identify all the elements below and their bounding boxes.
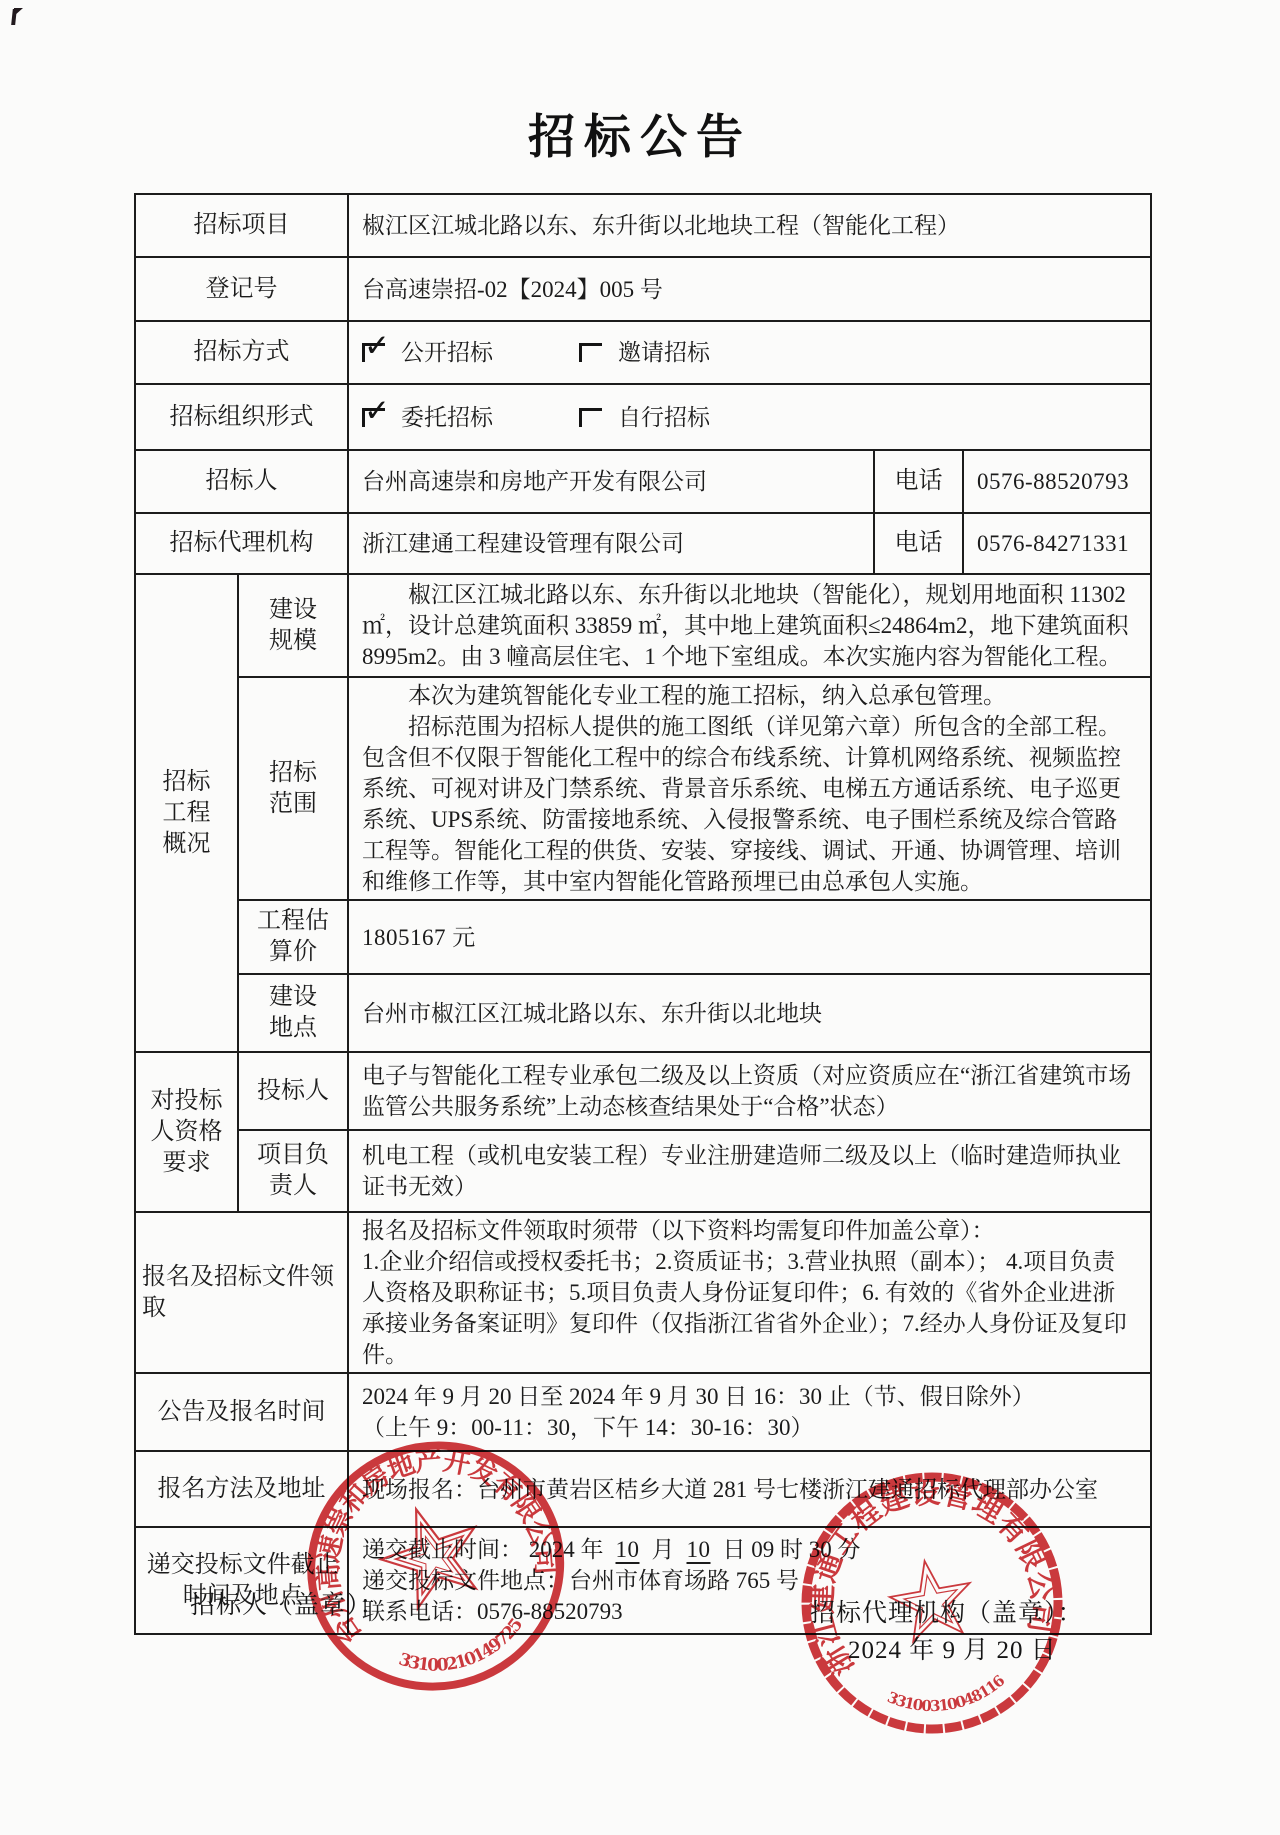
scope-value: 本次为建筑智能化专业工程的施工招标，纳入总承包管理。 招标范围为招标人提供的施工… [348,677,1151,900]
signature-date: 2024 年 9 月 20 日 [848,1630,1057,1666]
org-form-options: 委托招标 自行招标 [348,384,1151,450]
scope-paragraph-2: 招标范围为招标人提供的施工图纸（详见第六章）所包含的全部工程。包含但不仅限于智能… [362,711,1137,897]
tender-method-options: 公开招标 邀请招标 [348,321,1151,384]
page-title: 招标公告 [0,100,1280,167]
table-row-tender-method: 招标方式 公开招标 邀请招标 [135,321,1151,384]
tenderer-signature-label: 招标人（盖章）： [190,1585,386,1621]
option-entrusted-tender-label: 委托招标 [401,402,493,433]
table-row-overview-location: 建设地点 台州市椒江区江城北路以东、东升街以北地块 [135,974,1151,1052]
bidder-label: 投标人 [238,1052,348,1130]
collection-value: 报名及招标文件领取时须带（以下资料均需复印件加盖公章）： 1.企业介绍信或授权委… [348,1212,1151,1373]
checkbox-entrusted-tender [362,408,385,427]
scan-artifact [10,7,24,27]
checkbox-self-tender [579,408,602,427]
table-row-overview-estimate: 工程估算价 1805167 元 [135,900,1151,974]
registration-label: 登记号 [135,257,348,321]
option-self-tender-label: 自行招标 [618,402,710,433]
scope-label: 招标范围 [238,677,348,900]
scan-artifact-flag [14,8,23,16]
agency-name: 浙江建通工程建设管理有限公司 [348,513,874,574]
table-row-org-form: 招标组织形式 委托招标 自行招标 [135,384,1151,450]
agency-phone-label: 电话 [874,513,963,574]
table-row-qualification-bidder: 对投标人资格要求 投标人 电子与智能化工程专业承包二级及以上资质（对应资质应在“… [135,1052,1151,1130]
deadline-month-underlined: 10 [609,1537,647,1562]
deadline-day-underlined: 10 [680,1537,718,1562]
table-row-registration: 登记号 台高速崇招-02【2024】005 号 [135,257,1151,321]
overview-label: 招标工程概况 [135,574,238,1052]
scale-label: 建设规模 [238,574,348,677]
location-value: 台州市椒江区江城北路以东、东升街以北地块 [348,974,1151,1052]
agency-label: 招标代理机构 [135,513,348,574]
location-label: 建设地点 [238,974,348,1052]
qualification-label: 对投标人资格要求 [135,1052,238,1212]
checkbox-open-tender [362,343,385,362]
tender-info-table: 招标项目 椒江区江城北路以东、东升街以北地块工程（智能化工程） 登记号 台高速崇… [134,193,1150,1635]
scale-value: 椒江区江城北路以东、东升街以北地块（智能化），规划用地面积 11302 ㎡，设计… [348,574,1151,677]
star-icon [369,1493,493,1614]
tenderer-phone-value: 0576-88520793 [963,450,1151,513]
tender-method-label: 招标方式 [135,321,348,384]
checkbox-invited-tender [579,343,602,362]
announce-time-label: 公告及报名时间 [135,1373,348,1451]
project-label: 招标项目 [135,194,348,257]
collection-label: 报名及招标文件领取 [135,1212,348,1373]
table-row-overview-scope: 招标范围 本次为建筑智能化专业工程的施工招标，纳入总承包管理。 招标范围为招标人… [135,677,1151,900]
org-form-label: 招标组织形式 [135,384,348,450]
agency-phone-value: 0576-84271331 [963,513,1151,574]
collection-paragraph-2: 1.企业介绍信或授权委托书；2.资质证书；3.营业执照（副本）； 4.项目负责人… [362,1246,1137,1370]
registration-value: 台高速崇招-02【2024】005 号 [348,257,1151,321]
table-row-announce-time: 公告及报名时间 2024 年 9 月 20 日至 2024 年 9 月 30 日… [135,1373,1151,1451]
bidder-requirement: 电子与智能化工程专业承包二级及以上资质（对应资质应在“浙江省建筑市场监管公共服务… [348,1052,1151,1130]
estimate-label: 工程估算价 [238,900,348,974]
collection-paragraph-1: 报名及招标文件领取时须带（以下资料均需复印件加盖公章）： [362,1215,1137,1246]
tenderer-name: 台州高速崇和房地产开发有限公司 [348,450,874,513]
table-row-tenderer: 招标人 台州高速崇和房地产开发有限公司 电话 0576-88520793 [135,450,1151,513]
tenderer-phone-label: 电话 [874,450,963,513]
table-row-collection: 报名及招标文件领取 报名及招标文件领取时须带（以下资料均需复印件加盖公章）： 1… [135,1212,1151,1373]
scope-paragraph-1: 本次为建筑智能化专业工程的施工招标，纳入总承包管理。 [362,680,1137,711]
announce-time-line-1: 2024 年 9 月 20 日至 2024 年 9 月 30 日 16：30 止… [362,1381,1137,1412]
manager-label: 项目负责人 [238,1130,348,1212]
project-value: 椒江区江城北路以东、东升街以北地块工程（智能化工程） [348,194,1151,257]
table-row-qualification-manager: 项目负责人 机电工程（或机电安装工程）专业注册建造师二级及以上（临时建造师执业证… [135,1130,1151,1212]
option-open-tender-label: 公开招标 [401,337,493,368]
table-row-agency: 招标代理机构 浙江建通工程建设管理有限公司 电话 0576-84271331 [135,513,1151,574]
table-row-overview-scale: 招标工程概况 建设规模 椒江区江城北路以东、东升街以北地块（智能化），规划用地面… [135,574,1151,677]
tenderer-label: 招标人 [135,450,348,513]
agency-signature-label: 招标代理机构（盖章）： [810,1593,1084,1629]
tender-announcement-document: 招标公告 招标项目 椒江区江城北路以东、东升街以北地块工程（智能化工程） 登记号… [0,0,1280,1835]
table-row-project: 招标项目 椒江区江城北路以东、东升街以北地块工程（智能化工程） [135,194,1151,257]
option-invited-tender-label: 邀请招标 [618,337,710,368]
manager-requirement: 机电工程（或机电安装工程）专业注册建造师二级及以上（临时建造师执业证书无效） [348,1130,1151,1212]
estimate-value: 1805167 元 [348,900,1151,974]
